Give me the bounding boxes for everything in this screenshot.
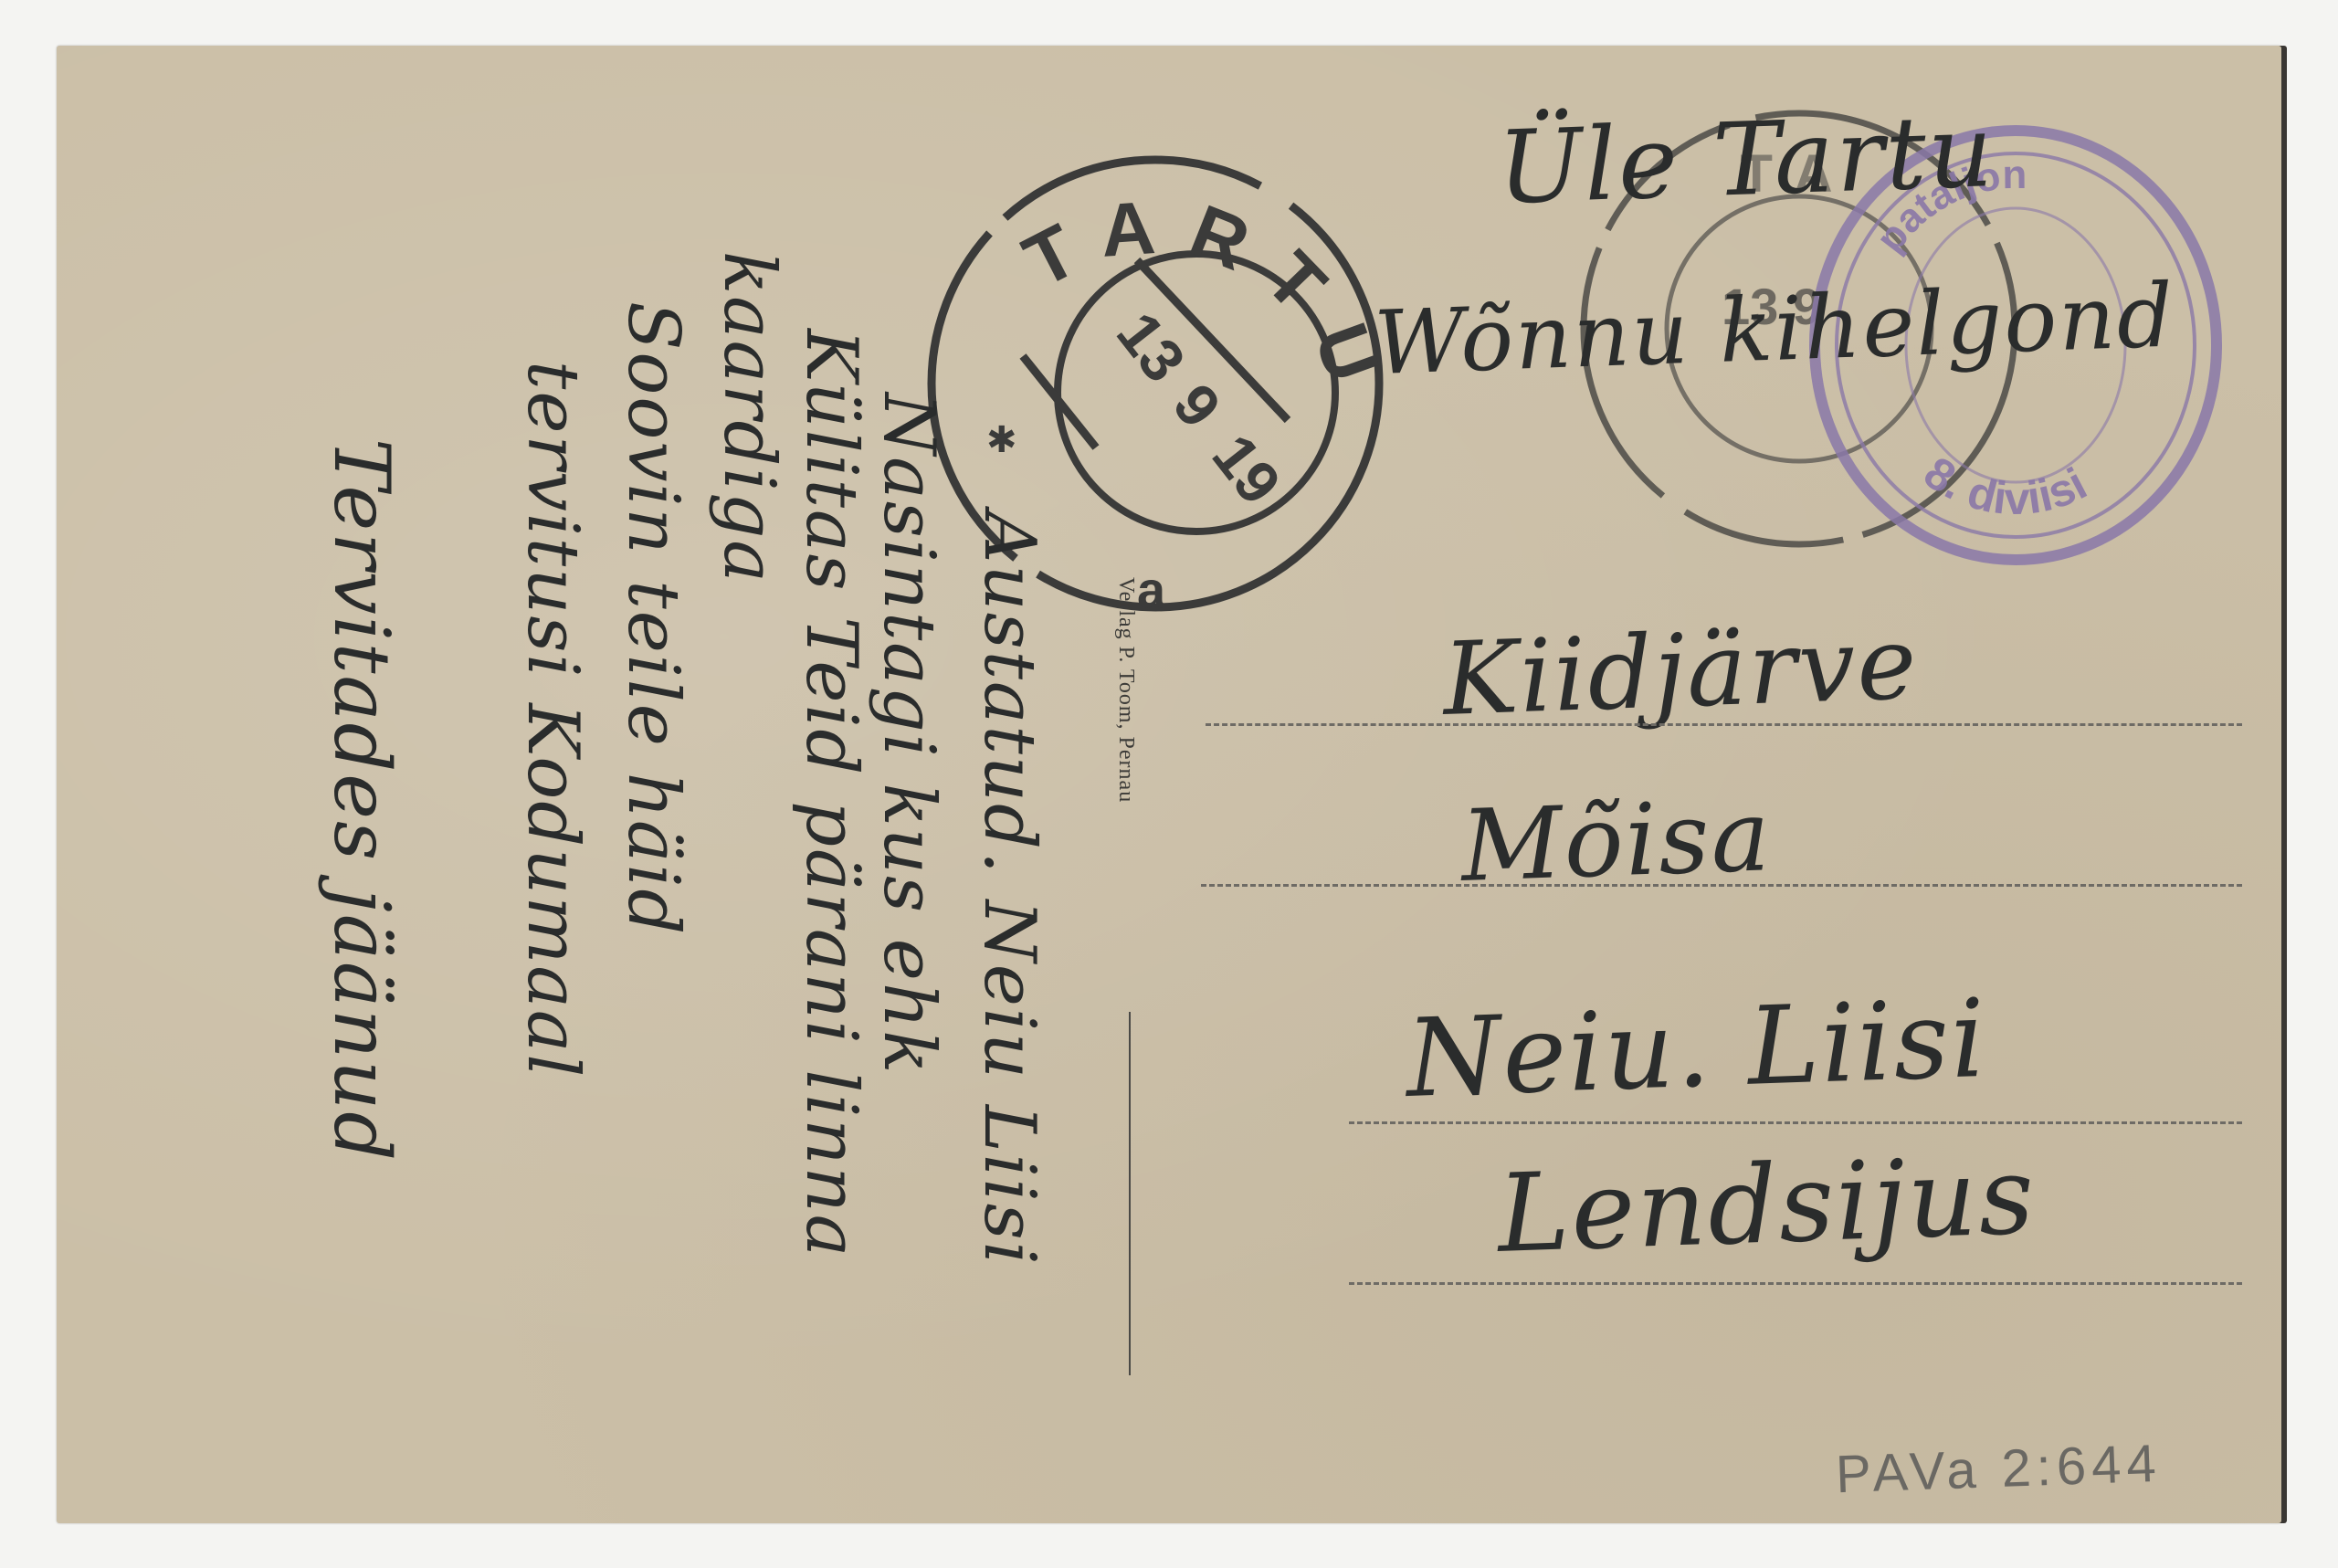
message-line-5: Soovin teile häid: [612, 301, 694, 936]
message-line-7: Tervitades jäänud: [317, 438, 406, 1163]
svg-text:a: a: [1137, 561, 1166, 618]
center-divider: [1129, 1012, 1131, 1375]
publisher-imprint: Verlag P. Toom, Pernau: [1113, 577, 1138, 803]
svg-text:✱: ✱: [986, 419, 1017, 461]
address-rule-2: [1201, 884, 2242, 887]
message-line-3: Külitas Teid pärani linna: [790, 329, 872, 1258]
message-line-6: tervitusi Kodumaal: [511, 361, 594, 1079]
message-line-2: Nasintagi kus ehk: [868, 393, 950, 1075]
svg-text:9: 9: [1161, 372, 1235, 439]
address-line-via: Üle Tartu: [1496, 92, 1996, 226]
address-line-place: Kiidjärve: [1441, 605, 1921, 738]
archive-number: PAVa 2:644: [1835, 1433, 2163, 1505]
address-line-recipient: Neiu. Liisi: [1405, 975, 1989, 1121]
message-line-4: kaardiga: [708, 251, 790, 584]
address-line-surname: Lendsijus: [1496, 1131, 2038, 1276]
message-line-1: Austatud. Neiu Liisi: [968, 511, 1050, 1267]
address-rule-1: [1206, 723, 2242, 726]
svg-text:8. diviisi: 8. diviisi: [1915, 447, 2095, 524]
address-rule-4: [1349, 1282, 2242, 1285]
address-rule-3: [1349, 1121, 2242, 1124]
